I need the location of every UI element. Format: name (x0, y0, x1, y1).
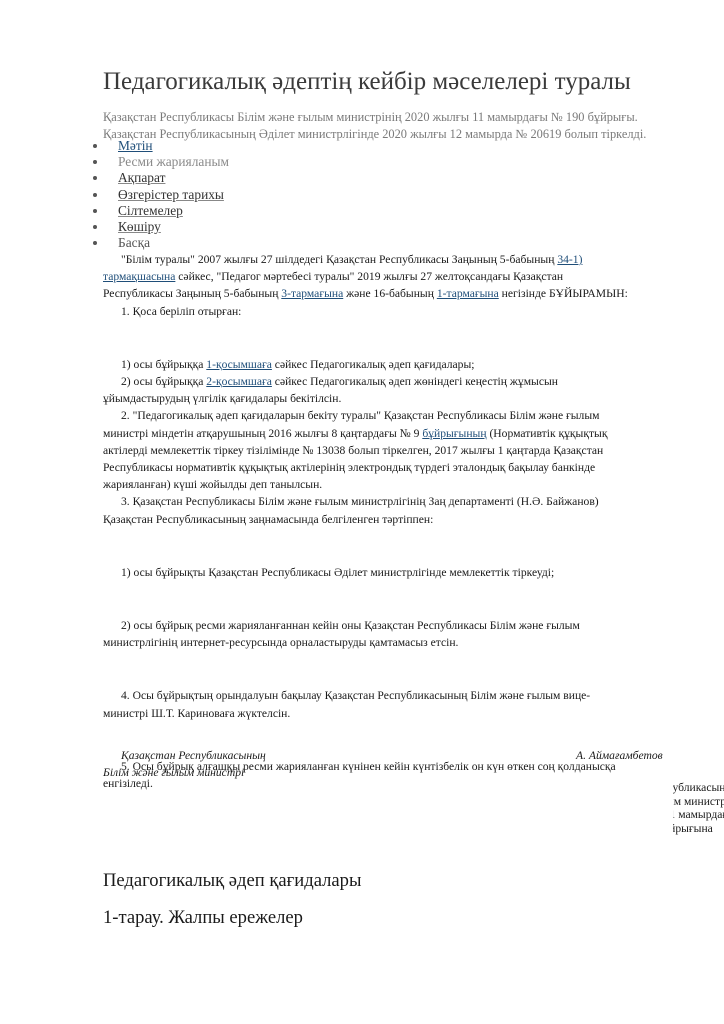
item-1-intro: 1. Қоса беріліп отырған: (103, 303, 724, 320)
section-heading: Педагогикалық әдеп қағидалары (103, 869, 361, 893)
link-34-1[interactable]: 34-1) (557, 253, 582, 266)
annex-note-line-2: Білім және ғылым министрінің (673, 795, 724, 809)
item-2-line-5: жарияланған) күші жойылды деп танылсын. (103, 476, 724, 493)
preamble-line-3: Республикасы Заңының 5-бабының 3-тармағы… (103, 285, 724, 302)
item-2-line-3: актілерді мемлекеттік тіркеу тізілімінде… (103, 442, 724, 459)
tab-official-publication-label: Ресми жарияланым (118, 154, 229, 169)
tab-info[interactable]: Ақпарат (93, 170, 229, 186)
preamble-text: "Білім туралы" 2007 жылғы 27 шілдедегі Қ… (121, 253, 557, 266)
chapter-heading: 1-тарау. Жалпы ережелер (103, 906, 303, 930)
link-order-9[interactable]: бұйрығының (422, 427, 486, 440)
item-2-line-2: министрі міндетін атқарушының 2016 жылғы… (103, 425, 724, 442)
annex-note-line-4: № 190 бұйрығына (673, 822, 724, 836)
tab-official-publication: Ресми жарияланым (93, 154, 229, 170)
link-paragraph-1[interactable]: 1-тармағына (437, 287, 499, 300)
tab-text[interactable]: Мәтін (93, 138, 229, 154)
item-3-sub-1: 1) осы бұйрықты Қазақстан Республикасы Ә… (103, 564, 724, 581)
tab-other[interactable]: Басқа (93, 235, 229, 251)
annex-note-line-1: Қазақстан Республикасының (673, 781, 724, 795)
item-text: сәйкес Педагогикалық әдеп қағидалары; (272, 358, 475, 371)
item-text: сәйкес Педагогикалық әдеп жөніндегі кеңе… (272, 375, 558, 388)
document-body: "Білім туралы" 2007 жылғы 27 шілдедегі Қ… (103, 251, 724, 792)
preamble-text: негізінде БҰЙЫРАМЫН: (499, 287, 628, 300)
tab-info-label[interactable]: Ақпарат (118, 170, 165, 185)
annex-note-line-3: 2020 жылғы 11 мамырдағы (673, 808, 724, 822)
tab-history-label[interactable]: Өзгерістер тарихы (118, 187, 224, 202)
tab-references[interactable]: Сілтемелер (93, 203, 229, 219)
item-text: (Нормативтік құқықтық (487, 427, 608, 440)
annex-note: Қазақстан Республикасының Білім және ғыл… (673, 781, 724, 841)
tab-other-label[interactable]: Басқа (118, 235, 150, 250)
link-subparagraph[interactable]: тармақшасына (103, 270, 175, 283)
preamble-text: сәйкес, "Педагог мәртебесі туралы" 2019 … (175, 270, 563, 283)
item-text: 1) осы бұйрыққа (121, 358, 206, 371)
item-text: министрі міндетін атқарушының 2016 жылғы… (103, 427, 422, 440)
item-2-line-4: Республикасы нормативтік құқықтық актіле… (103, 459, 724, 476)
bullet-icon (93, 176, 97, 180)
item-2-line-1: 2. "Педагогикалық әдеп қағидаларын бекіт… (103, 407, 724, 424)
item-1-sub-2-cont: ұйымдастырудың үлгілік қағидалары бекіті… (103, 390, 724, 407)
preamble-line-1: "Білім туралы" 2007 жылғы 27 шілдедегі Қ… (103, 251, 724, 268)
item-3-sub-2-line-2: министрлігінің интернет-ресурсында орнал… (103, 634, 724, 651)
bullet-icon (93, 144, 97, 148)
preamble-text: Республикасы Заңының 5-бабының (103, 287, 281, 300)
bullet-icon (93, 209, 97, 213)
item-3-line-1: 3. Қазақстан Республикасы Білім және ғыл… (103, 493, 724, 510)
bullet-icon (93, 160, 97, 164)
bullet-icon (93, 225, 97, 229)
preamble-text: және 16-бабының (343, 287, 437, 300)
signatory-position-line-2: Білім және ғылым министрі (103, 764, 244, 781)
tab-copy-label[interactable]: Көшіру (118, 219, 161, 234)
tab-copy[interactable]: Көшіру (93, 219, 229, 235)
item-3-line-2: Қазақстан Республикасының заңнамасында б… (103, 511, 724, 528)
signatory-position-line-1: Қазақстан Республикасының (121, 747, 266, 764)
preamble-line-2: тармақшасына сәйкес, "Педагог мәртебесі … (103, 268, 724, 285)
tab-references-label[interactable]: Сілтемелер (118, 203, 183, 218)
tab-text-label[interactable]: Мәтін (118, 138, 153, 153)
page-title: Педагогикалық әдептің кейбір мәселелері … (103, 66, 631, 98)
link-annex-2[interactable]: 2-қосымшаға (206, 375, 272, 388)
tab-history[interactable]: Өзгерістер тарихы (93, 187, 229, 203)
bullet-icon (93, 193, 97, 197)
item-1-sub-2: 2) осы бұйрыққа 2-қосымшаға сәйкес Педаг… (103, 373, 724, 390)
subtitle-line-order: Қазақстан Республикасы Білім және ғылым … (103, 109, 646, 126)
link-annex-1[interactable]: 1-қосымшаға (206, 358, 272, 371)
bullet-icon (93, 241, 97, 245)
item-3-sub-2-line-1: 2) осы бұйрық ресми жарияланғаннан кейін… (103, 617, 724, 634)
item-4-line-2: министрі Ш.Т. Кариноваға жүктелсін. (103, 705, 724, 722)
document-tabs: Мәтін Ресми жарияланым Ақпарат Өзгерісте… (93, 138, 229, 251)
item-text: 2) осы бұйрыққа (121, 375, 206, 388)
link-paragraph-3[interactable]: 3-тармағына (281, 287, 343, 300)
item-4-line-1: 4. Осы бұйрықтың орындалуын бақылау Қаза… (103, 687, 724, 704)
item-1-sub-1: 1) осы бұйрыққа 1-қосымшаға сәйкес Педаг… (103, 356, 724, 373)
signatory-name: А. Аймағамбетов (576, 747, 663, 764)
